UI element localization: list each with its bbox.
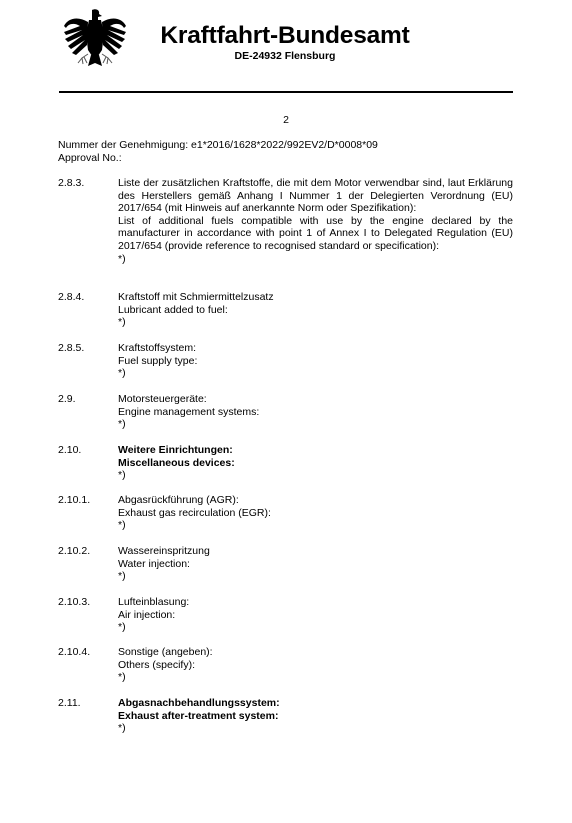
section-body: WassereinspritzungWater injection:*) — [118, 545, 513, 583]
section-item: 2.10.3.Lufteinblasung:Air injection:*) — [58, 596, 513, 634]
section-value: *) — [118, 519, 513, 532]
section-label-en: Fuel supply type: — [118, 355, 513, 368]
section-item: 2.10.1.Abgasrückführung (AGR):Exhaust ga… — [58, 494, 513, 532]
section-value: *) — [118, 253, 513, 266]
section-label-en: Engine management systems: — [118, 406, 513, 419]
section-value: *) — [118, 621, 513, 634]
section-body: Kraftstoffsystem:Fuel supply type:*) — [118, 342, 513, 380]
section-body: Abgasnachbehandlungssystem:Exhaust after… — [118, 697, 513, 735]
section-item: 2.11.Abgasnachbehandlungssystem:Exhaust … — [58, 697, 513, 735]
approval-label-en: Approval No.: — [58, 152, 378, 165]
section-label-en: Lubricant added to fuel: — [118, 304, 513, 317]
section-value: *) — [118, 418, 513, 431]
section-label-de: Motorsteuergeräte: — [118, 393, 513, 406]
section-number: 2.10.2. — [58, 545, 90, 558]
approval-number: Nummer der Genehmigung: e1*2016/1628*202… — [58, 139, 378, 164]
approval-label-de: Nummer der Genehmigung: e1*2016/1628*202… — [58, 139, 378, 152]
section-label-en: Exhaust gas recirculation (EGR): — [118, 507, 513, 520]
section-number: 2.10. — [58, 444, 81, 457]
organization-address: DE-24932 Flensburg — [160, 50, 410, 63]
section-label-de: Kraftstoffsystem: — [118, 342, 513, 355]
section-label-en: Exhaust after-treatment system: — [118, 710, 513, 723]
section-label-de: Kraftstoff mit Schmiermittelzusatz — [118, 291, 513, 304]
section-item: 2.10.Weitere Einrichtungen:Miscellaneous… — [58, 444, 513, 482]
section-label-de: Liste der zusätzlichen Kraftstoffe, die … — [118, 177, 513, 215]
section-value: *) — [118, 671, 513, 684]
page-number: 2 — [0, 114, 572, 126]
section-body: Liste der zusätzlichen Kraftstoffe, die … — [118, 177, 513, 265]
organization-name: Kraftfahrt-Bundesamt — [160, 22, 410, 50]
section-number: 2.11. — [58, 697, 81, 710]
section-value: *) — [118, 570, 513, 583]
section-item: 2.8.3.Liste der zusätzlichen Kraftstoffe… — [58, 177, 513, 265]
section-body: Lufteinblasung:Air injection:*) — [118, 596, 513, 634]
section-value: *) — [118, 469, 513, 482]
section-label-de: Abgasnachbehandlungssystem: — [118, 697, 513, 710]
section-item: 2.8.4.Kraftstoff mit Schmiermittelzusatz… — [58, 291, 513, 329]
section-body: Kraftstoff mit SchmiermittelzusatzLubric… — [118, 291, 513, 329]
section-item: 2.10.4.Sonstige (angeben):Others (specif… — [58, 646, 513, 684]
section-number: 2.8.4. — [58, 291, 84, 304]
section-item: 2.10.2.WassereinspritzungWater injection… — [58, 545, 513, 583]
section-body: Motorsteuergeräte:Engine management syst… — [118, 393, 513, 431]
section-value: *) — [118, 367, 513, 380]
section-label-en: Others (specify): — [118, 659, 513, 672]
section-label-de: Abgasrückführung (AGR): — [118, 494, 513, 507]
section-number: 2.9. — [58, 393, 76, 406]
section-number: 2.10.3. — [58, 596, 90, 609]
section-number: 2.10.4. — [58, 646, 90, 659]
section-label-de: Sonstige (angeben): — [118, 646, 513, 659]
section-label-de: Weitere Einrichtungen: — [118, 444, 513, 457]
section-label-en: List of additional fuels compatible with… — [118, 215, 513, 253]
section-label-en: Miscellaneous devices: — [118, 457, 513, 470]
section-body: Abgasrückführung (AGR):Exhaust gas recir… — [118, 494, 513, 532]
section-number: 2.10.1. — [58, 494, 90, 507]
section-label-en: Air injection: — [118, 609, 513, 622]
section-value: *) — [118, 722, 513, 735]
section-body: Sonstige (angeben):Others (specify):*) — [118, 646, 513, 684]
section-value: *) — [118, 316, 513, 329]
section-label-de: Wassereinspritzung — [118, 545, 513, 558]
section-number: 2.8.5. — [58, 342, 84, 355]
section-item: 2.9.Motorsteuergeräte:Engine management … — [58, 393, 513, 431]
section-body: Weitere Einrichtungen:Miscellaneous devi… — [118, 444, 513, 482]
section-label-en: Water injection: — [118, 558, 513, 571]
header-divider — [59, 91, 513, 93]
section-number: 2.8.3. — [58, 177, 84, 190]
section-label-de: Lufteinblasung: — [118, 596, 513, 609]
section-item: 2.8.5.Kraftstoffsystem:Fuel supply type:… — [58, 342, 513, 380]
federal-eagle-icon — [62, 8, 128, 70]
